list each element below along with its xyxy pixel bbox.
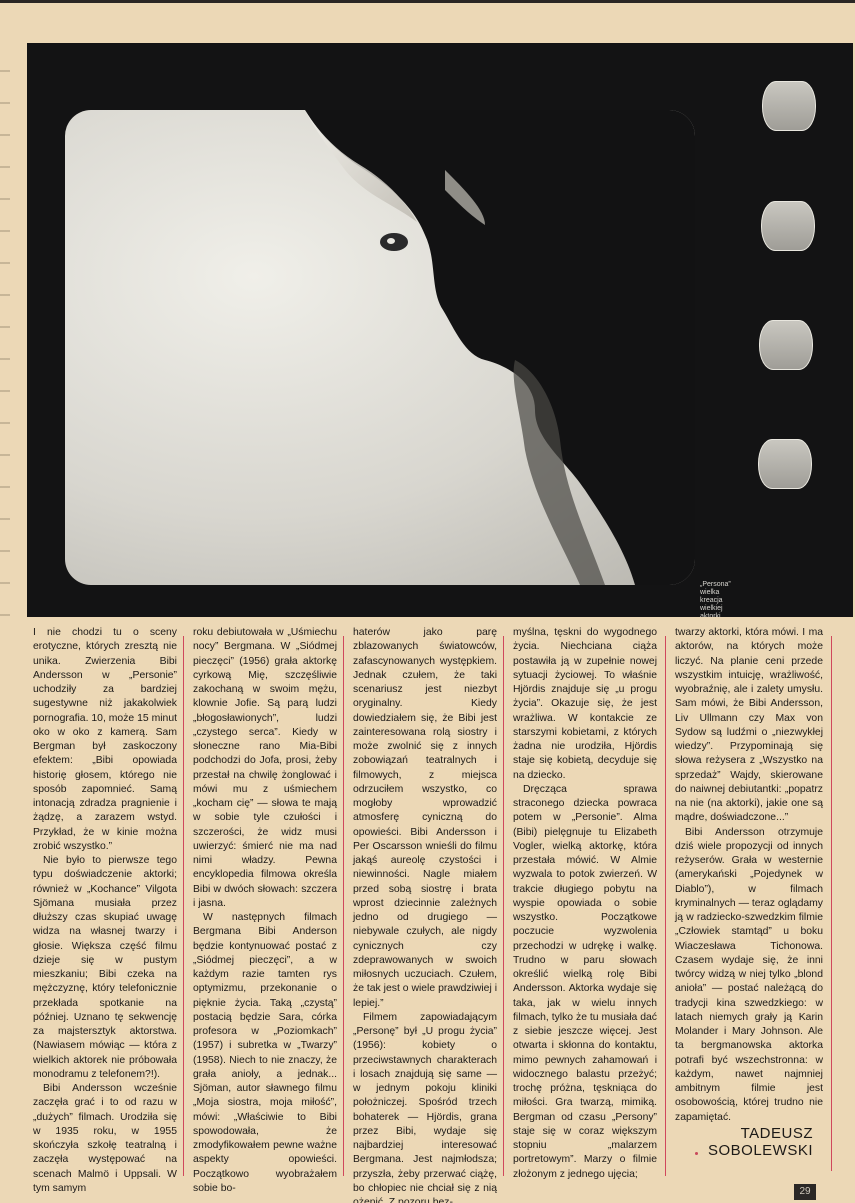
page-top-edge <box>0 0 855 3</box>
column-rule <box>665 636 666 1176</box>
paragraph: Nie było to pierwsze tego typu doświadcz… <box>33 854 177 1082</box>
article-column-2: roku debiutowała w „Uśmiechu nocy” Bergm… <box>193 626 337 1196</box>
paragraph: Dręcząca sprawa straconego dziecka powra… <box>513 783 657 1182</box>
author-last-name: SOBOLEWSKI <box>708 1142 813 1159</box>
column-rule <box>343 636 344 1176</box>
article-column-1: I nie chodzi tu o sceny erotyczne, który… <box>33 626 177 1196</box>
sprocket-hole <box>762 81 816 131</box>
paragraph: W następnych filmach Bergmana Bibi Ander… <box>193 911 337 1196</box>
column-rule <box>831 636 832 1171</box>
article-column-3: haterów jako parę zblazowanych światowcó… <box>353 626 497 1203</box>
caption-line: wielka <box>700 589 740 597</box>
article-column-5: twarzy aktorki, która mówi. I ma aktorów… <box>675 626 823 1125</box>
article-column-4: myślna, tęskni do wygodnego życia. Niech… <box>513 626 657 1182</box>
paragraph: haterów jako parę zblazowanych światowcó… <box>353 626 497 1011</box>
paragraph: twarzy aktorki, która mówi. I ma aktorów… <box>675 626 823 826</box>
caption-line: aktorki <box>700 613 740 617</box>
author-byline: TADEUSZ SOBOLEWSKI <box>708 1125 813 1159</box>
sprocket-hole <box>761 201 815 251</box>
column-rule <box>503 636 504 1176</box>
paragraph: Bibi Andersson wcześnie zaczęła grać i t… <box>33 1082 177 1196</box>
film-frame <box>65 110 695 585</box>
paragraph: roku debiutowała w „Uśmiechu nocy” Bergm… <box>193 626 337 911</box>
photo-caption: „Persona” wielka kreacja wielkiej aktork… <box>700 581 740 617</box>
paragraph: I nie chodzi tu o sceny erotyczne, który… <box>33 626 177 854</box>
column-rule <box>183 636 184 1176</box>
film-still-photo: „Persona” wielka kreacja wielkiej aktork… <box>27 43 853 617</box>
caption-line: wielkiej <box>700 605 740 613</box>
caption-line: „Persona” <box>700 581 740 589</box>
binding-margin <box>0 40 10 620</box>
red-mark <box>695 1152 698 1155</box>
paragraph: Filmem zapowiadającym „Personę” był „U p… <box>353 1011 497 1203</box>
sprocket-hole <box>759 320 813 370</box>
page-number: 29 <box>794 1184 816 1200</box>
face-silhouette-image <box>65 110 695 585</box>
sprocket-hole <box>758 439 812 489</box>
paragraph: Bibi Andersson otrzymuje dziś wiele prop… <box>675 826 823 1125</box>
paragraph: myślna, tęskni do wygodnego życia. Niech… <box>513 626 657 783</box>
caption-line: kreacja <box>700 597 740 605</box>
author-first-name: TADEUSZ <box>708 1125 813 1142</box>
article-body: I nie chodzi tu o sceny erotyczne, który… <box>33 626 845 1186</box>
